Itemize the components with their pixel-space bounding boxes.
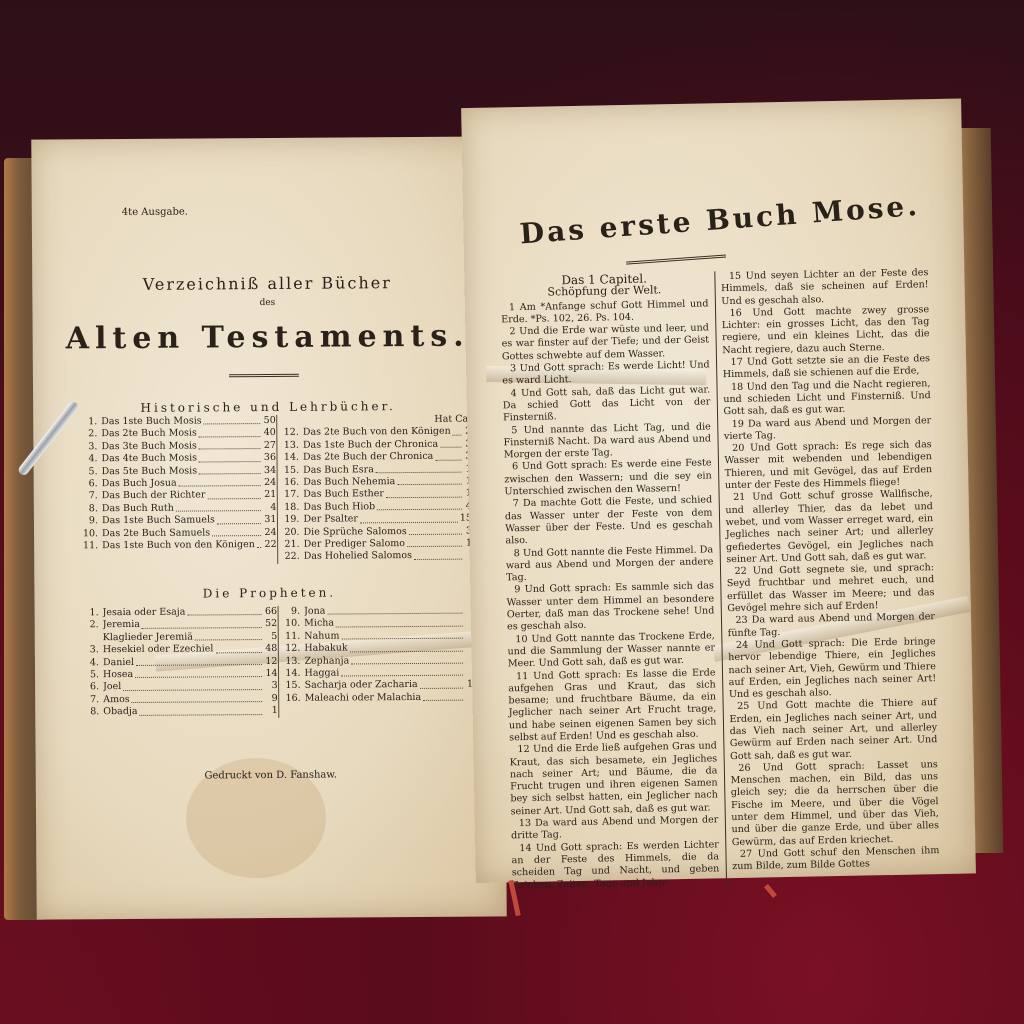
toc-entry-name: Jeremia bbox=[103, 619, 140, 632]
toc-entry: 16.Maleachi oder Malachia4 bbox=[283, 691, 480, 705]
toc-entry-name: Das Buch Hiob bbox=[303, 501, 375, 514]
toc-entry-name: Das Buch der Richter bbox=[102, 490, 206, 503]
toc-entry-number: 14. bbox=[282, 668, 300, 681]
toc-entry-number: 22. bbox=[282, 551, 300, 564]
verse: 25 Und Gott machte die Thiere auf Erden,… bbox=[729, 698, 938, 763]
toc-leader-dots bbox=[199, 427, 260, 437]
toc-entry-number: 2. bbox=[81, 620, 99, 633]
toc-leader-dots bbox=[135, 668, 261, 678]
toc-entry-number: 17. bbox=[281, 489, 299, 502]
toc-leader-dots bbox=[207, 489, 260, 499]
scripture-column-2: 15 Und seyen Lichter an der Feste des Hi… bbox=[714, 267, 946, 888]
toc-leader-dots bbox=[407, 538, 462, 548]
section-prophets-title: Die Propheten. bbox=[34, 584, 504, 601]
toc-entry-name: Das 1ste Buch der Chronica bbox=[303, 439, 438, 452]
toc-leader-dots bbox=[199, 465, 260, 475]
verse: 26 Und Gott sprach: Lasset uns Menschen … bbox=[730, 759, 939, 849]
verse: 11 Und Gott sprach: Es lasse die Erde au… bbox=[508, 667, 717, 745]
toc-leader-dots bbox=[397, 476, 461, 486]
toc-entry-number bbox=[81, 632, 99, 645]
toc-entry-name: Jona bbox=[304, 606, 325, 619]
toc-leader-dots bbox=[435, 451, 461, 461]
toc-leader-dots bbox=[199, 440, 260, 450]
toc-entry-name: Hesekiel oder Ezechiel bbox=[103, 644, 214, 657]
toc-entry-name: Haggai bbox=[304, 668, 339, 681]
toc-leader-dots bbox=[386, 488, 462, 498]
toc-leader-dots bbox=[341, 667, 463, 677]
toc-entry-number: 8. bbox=[81, 706, 99, 719]
toc-leader-dots bbox=[341, 629, 462, 639]
toc-entry-chapters: 4 bbox=[262, 502, 276, 515]
toc-entry-name: Das 2te Buch Mosis bbox=[101, 428, 197, 441]
toc-entry-chapters: 27 bbox=[262, 440, 276, 453]
toc-entry-number: 16. bbox=[281, 477, 299, 490]
toc-entry-name: Das 3te Buch Mosis bbox=[101, 440, 197, 453]
toc-entry-number: 15. bbox=[283, 680, 301, 693]
toc-entry-chapters: 52 bbox=[263, 618, 277, 631]
toc-entry-chapters: 36 bbox=[262, 452, 276, 465]
toc-entry-number: 10. bbox=[80, 528, 98, 541]
toc-leader-dots bbox=[414, 550, 462, 560]
toc-entry-name: Das 4te Buch Mosis bbox=[101, 453, 197, 466]
toc-entry-chapters: 48 bbox=[263, 643, 277, 656]
verse: 2 Und die Erde war wüste und leer, und e… bbox=[501, 323, 709, 364]
toc-leader-dots bbox=[139, 705, 261, 715]
toc-entry-name: Das 1ste Buch von den Königen bbox=[102, 539, 255, 552]
toc-leader-dots bbox=[132, 693, 262, 703]
toc-entry-name: Das Buch Esther bbox=[303, 489, 384, 502]
prophets-column-2: 9.Jona410.Micha711.Nahum312.Habakuk313.Z… bbox=[277, 605, 479, 718]
toc-entry-chapters: 3 bbox=[264, 680, 278, 693]
toc-entry-name: Das 5te Buch Mosis bbox=[102, 465, 198, 478]
toc-entry-number: 11. bbox=[80, 540, 98, 553]
historical-books-column-2: Hat Cap. 12.Das 2te Buch von den Königen… bbox=[276, 414, 479, 564]
toc-leader-dots bbox=[215, 643, 261, 653]
toc-entry-chapters: 40 bbox=[262, 427, 276, 440]
toc-entry-name: Das Buch Josua bbox=[102, 478, 177, 491]
toc-entry-chapters: 1 bbox=[264, 705, 278, 718]
toc-entry-name: Amos bbox=[103, 694, 130, 707]
verse: 14 Und Gott sprach: Es werden Lichter an… bbox=[511, 839, 719, 892]
toc-entry-number: 3. bbox=[79, 441, 97, 454]
verse: 24 Und Gott sprach: Die Erde bringe herv… bbox=[728, 636, 937, 701]
toc-entry-name: Das Buch Ruth bbox=[102, 503, 174, 516]
verse: 16 Und Gott machte zwey grosse Lichter: … bbox=[722, 304, 930, 357]
edition-label: 4te Ausgabe. bbox=[122, 207, 188, 218]
toc-entry-name: Der Psalter bbox=[303, 514, 358, 527]
chapter-subtitle: Schöpfung der Welt. bbox=[501, 284, 709, 300]
toc-leader-dots bbox=[409, 525, 462, 535]
toc-entry-number: 10. bbox=[282, 618, 300, 631]
printer-imprint: Gedruckt von D. Fanshaw. bbox=[36, 768, 506, 782]
toc-entry-name: Das Buch Esra bbox=[303, 464, 374, 477]
toc-entry-name: Das 1ste Buch Mosis bbox=[101, 415, 201, 428]
toc-entry-name: Jesaia oder Esaja bbox=[103, 607, 186, 620]
toc-entry: 11.Das 1ste Buch von den Königen22 bbox=[80, 539, 277, 553]
toc-leader-dots bbox=[350, 642, 463, 652]
toc-entry-number: 7. bbox=[81, 694, 99, 707]
toc-entry-number: 1. bbox=[79, 416, 97, 429]
verse: 15 Und seyen Lichter an der Feste des Hi… bbox=[721, 267, 929, 308]
historical-books-list: 1.Das 1ste Buch Mosis502.Das 2te Buch Mo… bbox=[79, 414, 478, 566]
toc-entry-number: 16. bbox=[283, 693, 301, 706]
toc-heading-des: des bbox=[32, 296, 502, 309]
toc-entry-chapters: 66 bbox=[263, 606, 277, 619]
toc-entry-name: Obadja bbox=[103, 706, 137, 719]
title-rule bbox=[626, 254, 726, 264]
verse: 12 Und die Erde ließ aufgehen Gras und K… bbox=[509, 741, 718, 819]
toc-entry-number: 5. bbox=[80, 466, 98, 479]
toc-entry-number: 13. bbox=[282, 655, 300, 668]
toc-heading: Verzeichniß aller Bücher bbox=[32, 272, 502, 294]
toc-leader-dots bbox=[377, 500, 462, 510]
toc-leader-dots bbox=[453, 426, 462, 435]
toc-leader-dots bbox=[257, 539, 261, 548]
toc-leader-dots bbox=[199, 452, 260, 462]
toc-entry-number: 14. bbox=[281, 452, 299, 465]
right-page-genesis: Das erste Buch Mose. Das 1 Capitel. Schö… bbox=[461, 99, 976, 883]
toc-entry-number: 3. bbox=[81, 644, 99, 657]
toc-leader-dots bbox=[217, 514, 261, 524]
toc-main-title: Alten Testaments. bbox=[33, 318, 503, 356]
toc-leader-dots bbox=[123, 680, 261, 690]
toc-leader-dots bbox=[195, 631, 261, 641]
toc-entry-chapters: 22 bbox=[263, 539, 277, 552]
toc-leader-dots bbox=[142, 618, 261, 628]
verse: 9 Und Gott sprach: Es sammle sich das Wa… bbox=[506, 581, 714, 634]
toc-entry-name: Das 2te Buch Samuels bbox=[102, 527, 210, 540]
scripture-column-1: Das 1 Capitel. Schöpfung der Welt. 1 Am … bbox=[494, 271, 725, 892]
toc-entry-number: 7. bbox=[80, 491, 98, 504]
toc-leader-dots bbox=[136, 656, 261, 666]
prophets-list: 1.Jesaia oder Esaja662.Jeremia52Klaglied… bbox=[81, 605, 480, 719]
toc-entry-number: 4. bbox=[79, 453, 97, 466]
toc-leader-dots bbox=[176, 502, 261, 512]
toc-leader-dots bbox=[440, 438, 461, 448]
toc-entry-number: 6. bbox=[80, 478, 98, 491]
toc-entry-chapters: 12 bbox=[263, 656, 277, 669]
toc-entry-chapters: 24 bbox=[262, 527, 276, 540]
toc-entry-name: Das 1ste Buch Samuels bbox=[102, 515, 215, 528]
toc-entry: 22.Das Hohelied Salomos8 bbox=[282, 550, 479, 564]
toc-leader-dots bbox=[360, 513, 458, 523]
toc-entry-name: Hosea bbox=[103, 669, 133, 682]
verse: 21 Und Gott schuf grosse Wallfische, und… bbox=[725, 489, 934, 567]
toc-leader-dots bbox=[212, 527, 260, 537]
toc-entry-chapters: 5 bbox=[263, 631, 277, 644]
toc-entry-name: Das 2te Buch der Chronica bbox=[303, 451, 433, 464]
toc-entry-name: Der Prediger Salomo bbox=[304, 538, 405, 551]
verse: 10 Und Gott nannte das Trockene Erde, un… bbox=[507, 630, 715, 671]
toc-entry-chapters: 9 bbox=[264, 693, 278, 706]
toc-entry-name: Micha bbox=[304, 618, 334, 631]
toc-leader-dots bbox=[423, 691, 463, 701]
toc-entry-number: 12. bbox=[282, 643, 300, 656]
toc-entry-number: 20. bbox=[281, 526, 299, 539]
toc-leader-dots bbox=[179, 477, 261, 487]
title-rule bbox=[229, 374, 299, 377]
toc-entry-number: 5. bbox=[81, 669, 99, 682]
toc-entry-number: 1. bbox=[81, 607, 99, 620]
toc-entry-number: 19. bbox=[281, 514, 299, 527]
toc-entry-name: Klaglieder Jeremiä bbox=[103, 631, 193, 644]
toc-entry-number: 21. bbox=[282, 539, 300, 552]
toc-entry-name: Maleachi oder Malachia bbox=[305, 692, 422, 705]
toc-leader-dots bbox=[351, 654, 463, 664]
verse: 20 Und Gott sprach: Es rege sich das Was… bbox=[724, 439, 932, 492]
toc-entry-number: 8. bbox=[80, 503, 98, 516]
verse: 22 Und Gott segnete sie, und sprach: Sey… bbox=[726, 562, 934, 615]
toc-leader-dots bbox=[420, 679, 464, 689]
toc-entry-chapters: 50 bbox=[262, 415, 276, 428]
toc-entry-number: 13. bbox=[281, 440, 299, 453]
toc-leader-dots bbox=[204, 415, 260, 425]
toc-entry-chapters: 34 bbox=[262, 465, 276, 478]
toc-entry-number: 18. bbox=[281, 502, 299, 515]
toc-entry-name: Nahum bbox=[304, 630, 339, 643]
toc-entry-number: 9. bbox=[282, 606, 300, 619]
verse: 6 Und Gott sprach: Es werde eine Feste z… bbox=[504, 458, 712, 499]
verse: 8 Und Gott nannte die Feste Himmel. Da w… bbox=[506, 544, 714, 585]
toc-entry-number: 2. bbox=[79, 429, 97, 442]
toc-leader-dots bbox=[327, 605, 462, 615]
left-page-table-of-contents: 4te Ausgabe. Verzeichniß aller Bücher de… bbox=[31, 136, 506, 919]
verse: 17 Und Gott setzte sie an die Feste des … bbox=[722, 353, 930, 382]
verse: 7 Da machte Gott die Feste, und schied d… bbox=[505, 495, 713, 548]
toc-entry-chapters: 21 bbox=[262, 489, 276, 502]
toc-entry-name: Das Buch Nehemia bbox=[303, 476, 395, 489]
toc-entry-name: Das 2te Buch von den Königen bbox=[303, 426, 451, 439]
verse: 4 Und Gott sah, daß das Licht gut war. D… bbox=[503, 384, 711, 425]
toc-entry-chapters: 24 bbox=[262, 477, 276, 490]
toc-entry-name: Sacharja oder Zacharia bbox=[305, 679, 418, 692]
toc-entry-chapters: 31 bbox=[262, 514, 276, 527]
toc-entry-chapters: 14 bbox=[263, 668, 277, 681]
book-title: Das erste Buch Mose. bbox=[519, 189, 921, 251]
toc-entry-number: 6. bbox=[81, 682, 99, 695]
verse: 18 Und den Tag und die Nacht regieren, u… bbox=[723, 378, 931, 419]
historical-books-column-1: 1.Das 1ste Buch Mosis502.Das 2te Buch Mo… bbox=[79, 415, 277, 565]
toc-entry-name: Die Sprüche Salomos bbox=[303, 526, 406, 539]
toc-entry-name: Habakuk bbox=[304, 643, 347, 656]
toc-entry-name: Daniel bbox=[103, 657, 134, 670]
toc-leader-dots bbox=[376, 463, 462, 473]
toc-entry-number: 9. bbox=[80, 515, 98, 528]
toc-leader-dots bbox=[187, 606, 261, 616]
verse: 5 Und nannte das Licht Tag, und die Fins… bbox=[503, 421, 711, 462]
toc-entry-number: 11. bbox=[282, 631, 300, 644]
toc-entry-name: Das Hohelied Salomos bbox=[304, 550, 412, 563]
toc-entry-name: Zephanja bbox=[304, 655, 349, 668]
toc-entry-number: 4. bbox=[81, 657, 99, 670]
toc-leader-dots bbox=[336, 617, 463, 627]
toc-entry-name: Joel bbox=[103, 681, 121, 694]
verse: 27 Und Gott schuf den Menschen ihm zum B… bbox=[732, 845, 940, 874]
prophets-column-1: 1.Jesaia oder Esaja662.Jeremia52Klaglied… bbox=[81, 606, 278, 719]
toc-entry: 8.Obadja1 bbox=[81, 705, 278, 719]
scripture-columns: Das 1 Capitel. Schöpfung der Welt. 1 Am … bbox=[494, 267, 946, 892]
toc-entry-number: 15. bbox=[281, 464, 299, 477]
toc-entry-number: 12. bbox=[281, 427, 299, 440]
